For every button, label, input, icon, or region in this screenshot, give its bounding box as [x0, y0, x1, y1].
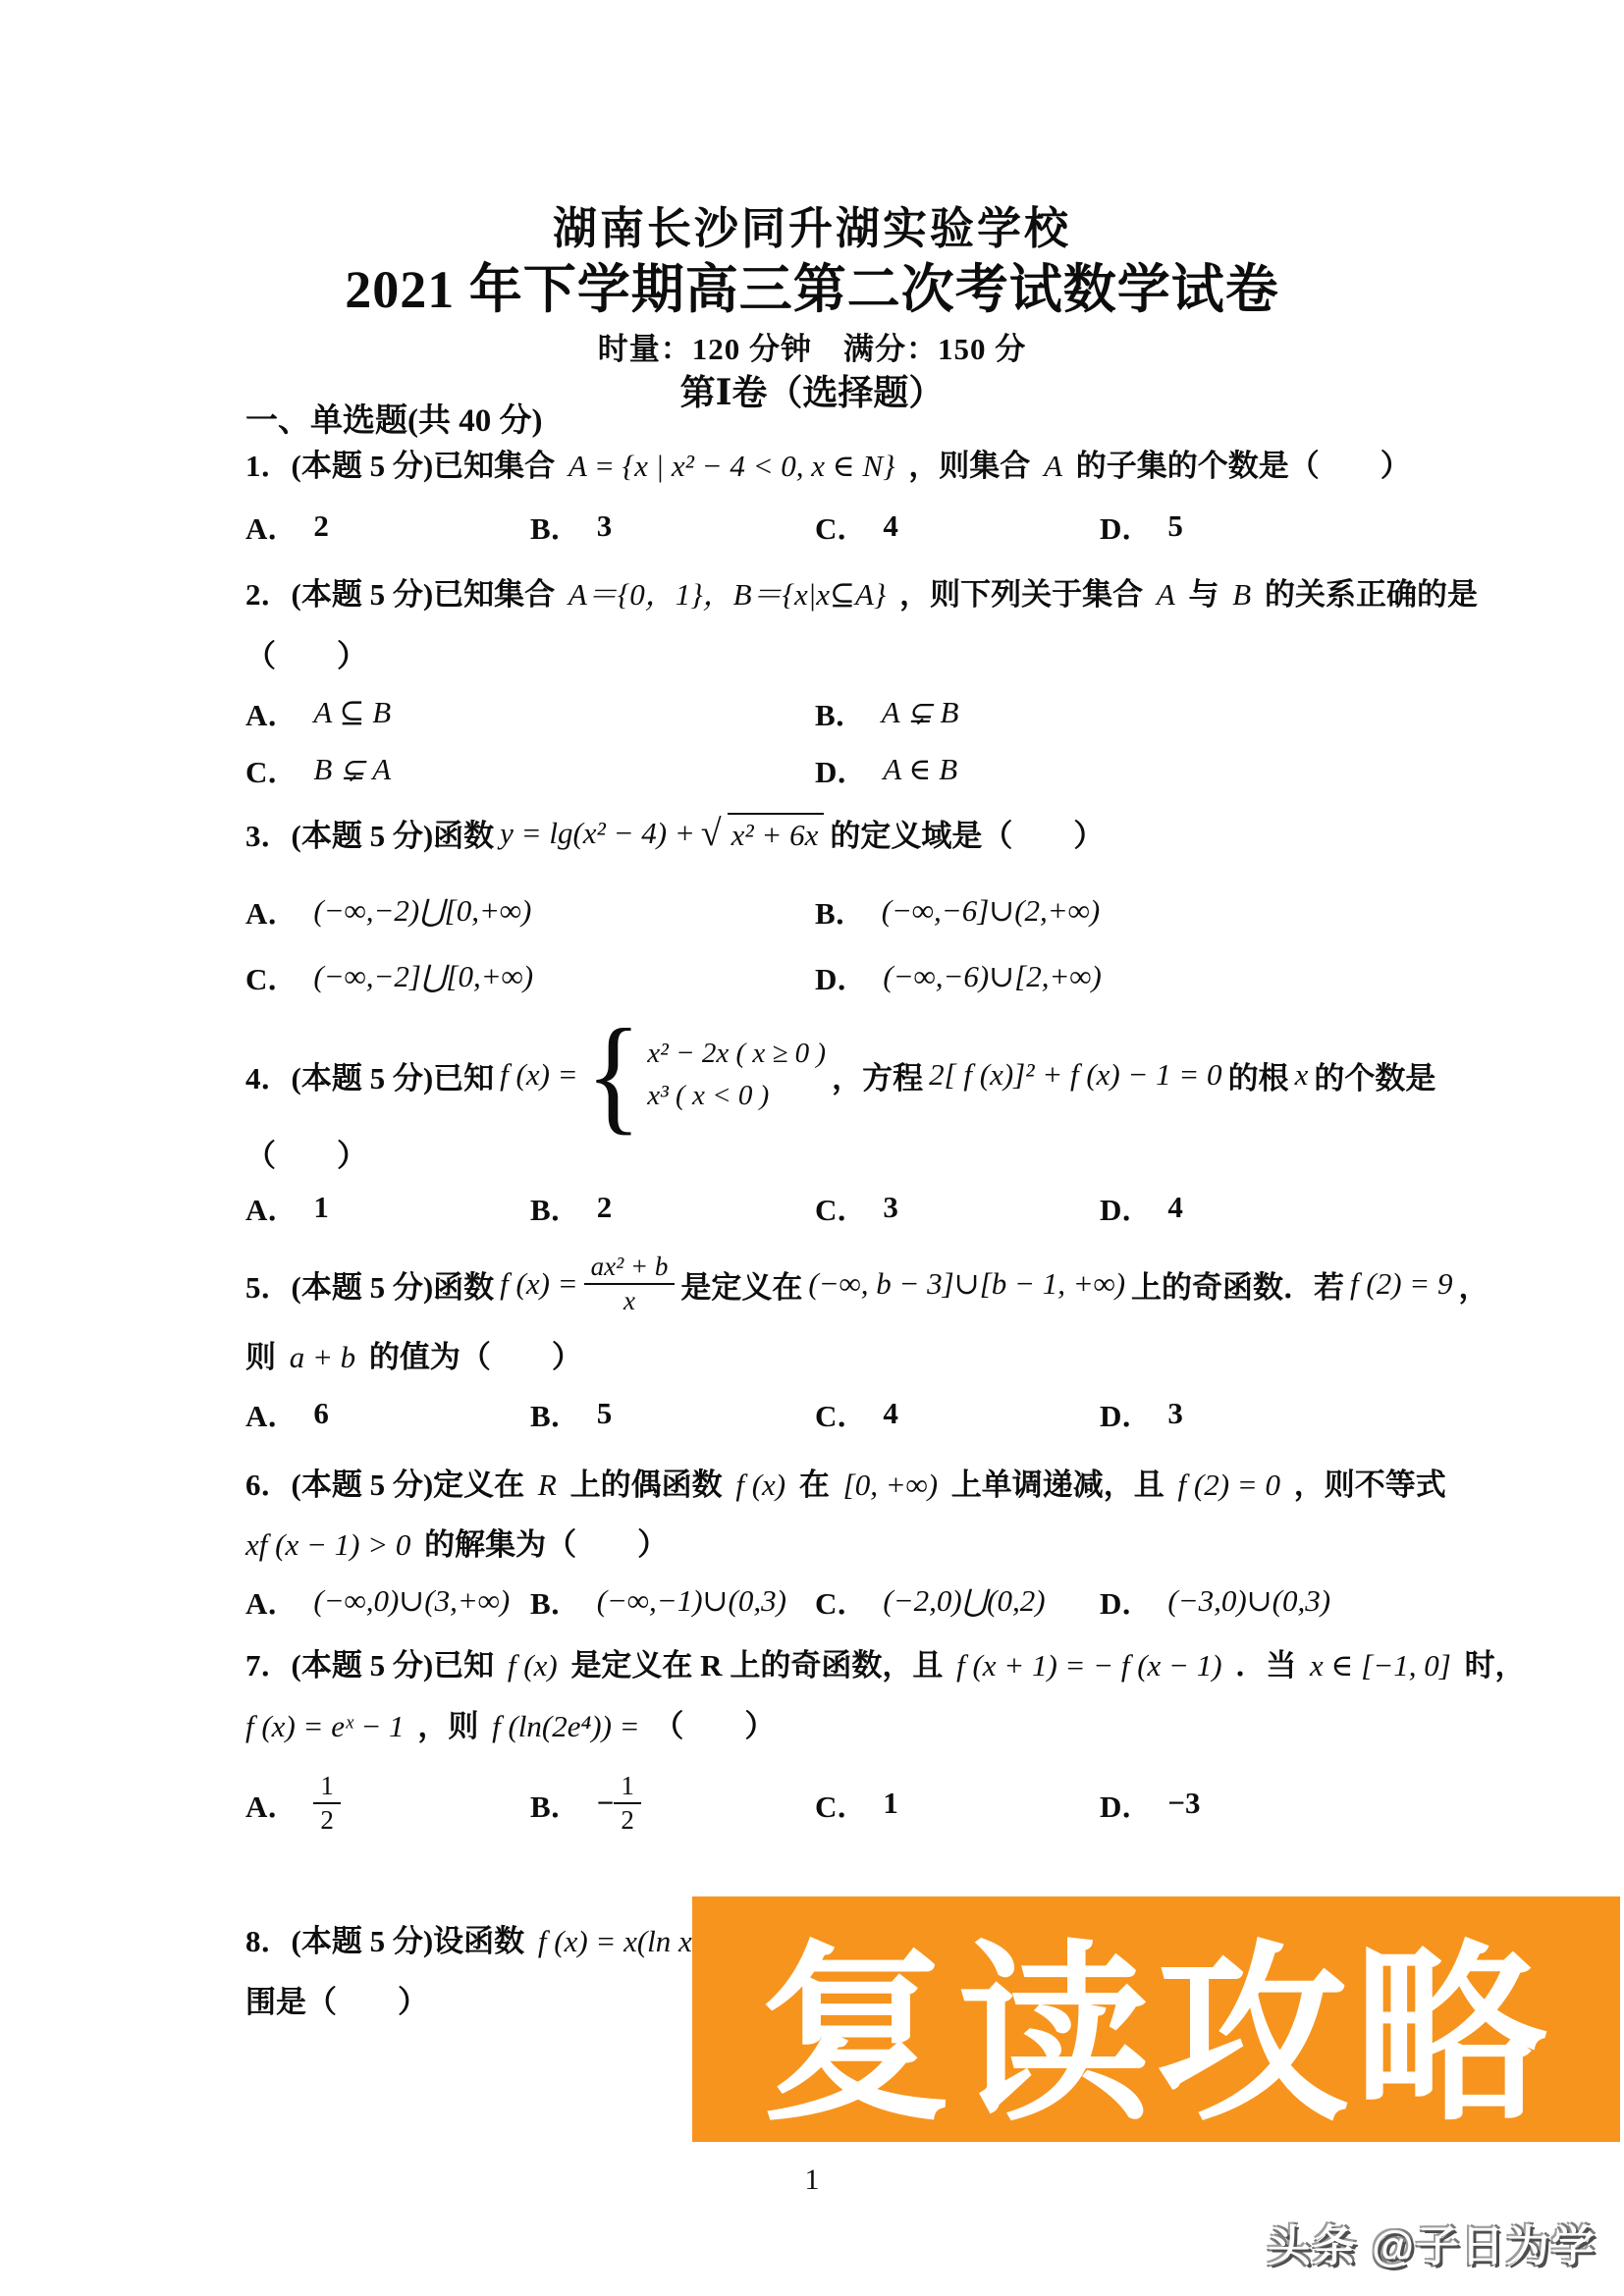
- q7-option-a: A． 12: [245, 1771, 530, 1836]
- q3-option-a-value: (−∞,−2)⋃[0,+∞): [313, 893, 531, 929]
- q7-option-c-label: C．: [815, 1782, 867, 1826]
- q6-text-4: 上单调递减，且: [951, 1468, 1164, 1502]
- q6-option-c: C．(−2,0)⋃(0,2): [815, 1578, 1100, 1623]
- q7-option-b-sign: −: [597, 1786, 615, 1821]
- question-2-options-row-1: A．A ⊆ B B．A ⊊ B: [245, 690, 1384, 734]
- q7-math-1: f (x): [508, 1648, 558, 1682]
- q4-option-c-label: C．: [815, 1185, 867, 1229]
- q7-option-c: C．1: [815, 1782, 1100, 1826]
- question-3-options-row-1: A．(−∞,−2)⋃[0,+∞) B．(−∞,−6]∪(2,+∞): [245, 888, 1384, 933]
- q5-text-1: 5．(本题 5 分)函数: [245, 1262, 494, 1307]
- q7-option-b-fraction: 12: [614, 1771, 641, 1836]
- q3-option-c-value: (−∞,−2]⋃[0,+∞): [313, 959, 533, 994]
- q3-text-1: 3．(本题 5 分)函数: [245, 811, 494, 855]
- question-4-options: A．1 B．2 C．3 D．4: [245, 1185, 1384, 1229]
- q5-l2-math-1: a + b: [290, 1340, 355, 1374]
- q5-fraction-numerator: ax² + b: [584, 1252, 676, 1285]
- question-3-options-row-2: C．(−∞,−2]⋃[0,+∞) D．(−∞,−6)∪[2,+∞): [245, 954, 1384, 998]
- question-8-stem: 8．(本题 5 分)设函数 f (x) = x(ln x −: [245, 1916, 726, 1960]
- q1-option-a-value: 2: [313, 508, 329, 544]
- q5-option-c-value: 4: [883, 1396, 898, 1431]
- q2-text-3: 与: [1189, 577, 1219, 612]
- question-2-paren: （ ）: [245, 631, 367, 675]
- q5-option-a: A．6: [245, 1391, 530, 1435]
- q7-option-a-fraction: 12: [313, 1771, 341, 1836]
- q6-math-1: R: [538, 1468, 557, 1502]
- q2-option-d: D．A ∈ B: [815, 747, 1384, 791]
- section-title: 第Ⅰ卷（选择题）: [0, 365, 1624, 415]
- q7-option-a-label: A．: [245, 1782, 298, 1826]
- q3-math-1: y = lg(x² − 4) +: [500, 816, 695, 851]
- radical-sign: √: [701, 815, 722, 852]
- q4-option-a-value: 1: [313, 1190, 329, 1225]
- q2-math-1: A＝{0，1}，B＝{x|x⊆A}: [568, 577, 886, 612]
- q5-option-b-label: B．: [530, 1391, 581, 1435]
- q2-option-d-value: A ∈ B: [883, 752, 957, 787]
- q7-l2-text-1: ，则: [417, 1709, 478, 1743]
- q5-l2-text-1: 则: [245, 1340, 276, 1374]
- q1-option-b-value: 3: [597, 508, 613, 544]
- q5-option-c-label: C．: [815, 1391, 867, 1435]
- q2-text-2: ，则下列关于集合: [899, 577, 1143, 612]
- q1-option-c-label: C．: [815, 504, 867, 548]
- q3-option-a: A．(−∞,−2)⋃[0,+∞): [245, 888, 815, 933]
- q5-option-d-label: D．: [1100, 1391, 1152, 1435]
- q1-text-3: 的子集的个数是（ ）: [1076, 449, 1411, 483]
- q5-math-2: (−∞, b − 3]∪[b − 1, +∞): [808, 1266, 1125, 1302]
- q4-option-c: C．3: [815, 1185, 1100, 1229]
- q5-text-4: ，: [1458, 1262, 1489, 1307]
- q4-text-4: 的个数是: [1314, 1053, 1435, 1097]
- question-1-stem: 1．(本题 5 分)已知集合 A = {x | x² − 4 < 0, x ∈ …: [245, 441, 1417, 485]
- question-7-line-2: f (x) = eˣ − 1 ，则 f (ln(2e⁴)) = （ ）: [245, 1701, 781, 1745]
- q5-fraction-denominator: x: [584, 1285, 676, 1316]
- q4-option-d-value: 4: [1167, 1190, 1183, 1225]
- q3-option-d: D．(−∞,−6)∪[2,+∞): [815, 954, 1384, 998]
- q2-option-b-value: A ⊊ B: [882, 695, 959, 730]
- q4-text-1: 4．(本题 5 分)已知: [245, 1053, 494, 1097]
- question-2-options-row-2: C．B ⊊ A D．A ∈ B: [245, 747, 1384, 791]
- question-8-line-2: 围是（ ）: [245, 1977, 428, 2021]
- q6-text-2: 上的偶函数: [570, 1468, 723, 1502]
- q7-math-3: x ∈ [−1, 0]: [1310, 1648, 1451, 1682]
- q2-option-a-value: A ⊆ B: [313, 695, 391, 730]
- question-7-options: A． 12 B． − 12 C．1 D．−3: [245, 1764, 1384, 1842]
- q5-math-3: f (2) = 9: [1350, 1266, 1452, 1302]
- q6-text-5: ，则不等式: [1294, 1468, 1446, 1502]
- q6-option-a: A．(−∞,0)∪(3,+∞): [245, 1578, 530, 1623]
- q2-option-a: A．A ⊆ B: [245, 690, 815, 734]
- q6-option-a-value: (−∞,0)∪(3,+∞): [313, 1583, 510, 1619]
- q6-option-d: D．(−3,0)∪(0,3): [1100, 1578, 1384, 1623]
- q1-text-2: ，则集合: [908, 449, 1030, 483]
- q1-text-1: 1．(本题 5 分)已知集合: [245, 449, 555, 483]
- q2-option-a-label: A．: [245, 690, 298, 734]
- question-3-stem: 3．(本题 5 分)函数 y = lg(x² − 4) + √ x² + 6x …: [245, 811, 1110, 855]
- question-6-stem: 6．(本题 5 分)定义在 R 上的偶函数 f (x) 在 [0, +∞) 上单…: [245, 1460, 1452, 1504]
- q3-option-b-value: (−∞,−6]∪(2,+∞): [882, 893, 1100, 929]
- cases-brace: {: [586, 1010, 642, 1140]
- exam-title: 2021 年下学期高三第二次考试数学试卷: [0, 247, 1624, 323]
- q5-option-c: C．4: [815, 1391, 1100, 1435]
- q2-text-1: 2．(本题 5 分)已知集合: [245, 577, 555, 612]
- q4-option-b: B．2: [530, 1185, 815, 1229]
- q2-option-c: C．B ⊊ A: [245, 747, 815, 791]
- question-6-options: A．(−∞,0)∪(3,+∞) B．(−∞,−1)∪(0,3) C．(−2,0)…: [245, 1578, 1384, 1623]
- question-5-line-2: 则 a + b 的值为（ ）: [245, 1332, 588, 1376]
- q3-option-c-label: C．: [245, 954, 298, 998]
- q6-text-3: 在: [799, 1468, 830, 1502]
- q6-option-d-value: (−3,0)∪(0,3): [1167, 1583, 1330, 1619]
- q3-option-d-label: D．: [815, 954, 867, 998]
- question-6-line-2: xf (x − 1) > 0 的解集为（ ）: [245, 1520, 674, 1564]
- q4-option-d-label: D．: [1100, 1185, 1152, 1229]
- q5-option-d-value: 3: [1167, 1396, 1183, 1431]
- q6-math-4: f (2) = 0: [1178, 1468, 1280, 1502]
- q5-option-d: D．3: [1100, 1391, 1384, 1435]
- q3-text-2: 的定义域是（ ）: [830, 811, 1104, 855]
- q7-option-d-label: D．: [1100, 1782, 1152, 1826]
- q2-option-b-label: B．: [815, 690, 866, 734]
- q4-option-a-label: A．: [245, 1185, 298, 1229]
- page-number: 1: [0, 2163, 1624, 2197]
- q3-option-c: C．(−∞,−2]⋃[0,+∞): [245, 954, 815, 998]
- q7-option-a-denominator: 2: [313, 1804, 341, 1836]
- q7-l2-text-2: （ ）: [653, 1709, 775, 1743]
- q1-option-a: A．2: [245, 504, 530, 548]
- q7-option-b-label: B．: [530, 1782, 581, 1826]
- q4-option-d: D．4: [1100, 1185, 1384, 1229]
- q6-l2-math: xf (x − 1) > 0: [245, 1527, 410, 1562]
- q6-option-b-value: (−∞,−1)∪(0,3): [597, 1583, 786, 1619]
- question-1-options: A．2 B．3 C．4 D．5: [245, 504, 1384, 548]
- q2-text-4: 的关系正确的是: [1265, 577, 1478, 612]
- q6-option-b-label: B．: [530, 1578, 581, 1623]
- q7-option-a-numerator: 1: [313, 1771, 341, 1804]
- q2-option-c-value: B ⊊ A: [313, 752, 391, 787]
- q6-option-d-label: D．: [1100, 1578, 1152, 1623]
- q6-math-3: [0, +∞): [843, 1468, 938, 1502]
- q7-text-4: 时，: [1465, 1648, 1526, 1682]
- q5-option-a-label: A．: [245, 1391, 298, 1435]
- q2-math-2: A: [1157, 577, 1175, 612]
- q3-radicand: x² + 6x: [728, 813, 825, 853]
- question-7-stem: 7．(本题 5 分)已知 f (x) 是定义在 R 上的奇函数，且 f (x +…: [245, 1640, 1532, 1684]
- q7-option-c-value: 1: [883, 1786, 898, 1821]
- exam-paper-page: 湖南长沙同升湖实验学校 2021 年下学期高三第二次考试数学试卷 时量：120 …: [0, 0, 1624, 2296]
- q7-l2-math-2: f (ln(2e⁴)) =: [492, 1709, 639, 1743]
- q1-option-d-value: 5: [1167, 508, 1183, 544]
- q7-text-1: 7．(本题 5 分)已知: [245, 1648, 494, 1682]
- q4-option-b-label: B．: [530, 1185, 581, 1229]
- q6-option-a-label: A．: [245, 1578, 298, 1623]
- q7-l2-math-1: f (x) = eˣ − 1: [245, 1709, 405, 1743]
- q2-option-c-label: C．: [245, 747, 298, 791]
- q7-math-2: f (x + 1) = − f (x − 1): [956, 1648, 1221, 1682]
- q6-option-b: B．(−∞,−1)∪(0,3): [530, 1578, 815, 1623]
- q4-option-a: A．1: [245, 1185, 530, 1229]
- promo-banner: 复读攻略: [692, 1896, 1620, 2142]
- q1-option-b: B．3: [530, 504, 815, 548]
- q1-option-c-value: 4: [883, 508, 898, 544]
- q3-option-b: B．(−∞,−6]∪(2,+∞): [815, 888, 1384, 933]
- q5-option-b: B．5: [530, 1391, 815, 1435]
- question-5-options: A．6 B．5 C．4 D．3: [245, 1391, 1384, 1435]
- q6-math-2: f (x): [735, 1468, 785, 1502]
- q6-option-c-value: (−2,0)⋃(0,2): [883, 1583, 1045, 1619]
- q7-text-3: ．当: [1235, 1648, 1296, 1682]
- q1-math-2: A: [1044, 449, 1062, 483]
- question-4-stem: 4．(本题 5 分)已知 f (x) = { x² − 2x ( x ≥ 0 )…: [245, 1011, 1441, 1139]
- q5-text-2: 是定义在: [680, 1262, 802, 1307]
- q1-option-c: C．4: [815, 504, 1100, 548]
- exam-meta: 时量：120 分钟 满分：150 分: [0, 324, 1624, 368]
- q6-l2-text: 的解集为（ ）: [424, 1527, 668, 1562]
- q5-l2-text-2: 的值为（ ）: [369, 1340, 582, 1374]
- q7-option-d: D．−3: [1100, 1782, 1384, 1826]
- q7-option-b-denominator: 2: [614, 1804, 641, 1836]
- q4-text-3: 的根: [1228, 1053, 1289, 1097]
- q5-fraction: ax² + b x: [584, 1252, 676, 1316]
- q6-option-c-label: C．: [815, 1578, 867, 1623]
- q5-option-a-value: 6: [313, 1396, 329, 1431]
- q7-option-b-numerator: 1: [614, 1771, 641, 1804]
- q8-text-1: 8．(本题 5 分)设函数: [245, 1924, 524, 1958]
- q3-option-d-value: (−∞,−6)∪[2,+∞): [883, 959, 1101, 994]
- q3-option-b-label: B．: [815, 888, 866, 933]
- q7-option-b: B． − 12: [530, 1771, 815, 1836]
- question-2-stem: 2．(本题 5 分)已知集合 A＝{0，1}，B＝{x|x⊆A} ，则下列关于集…: [245, 569, 1484, 614]
- q4-math-2: 2[ f (x)]² + f (x) − 1 = 0: [929, 1057, 1221, 1093]
- q4-text-2: ，方程: [832, 1053, 923, 1097]
- q6-text-1: 6．(本题 5 分)定义在: [245, 1468, 524, 1502]
- q2-math-3: B: [1232, 577, 1251, 612]
- part-heading: 一、单选题(共 40 分): [245, 395, 542, 441]
- q7-text-2: 是定义在 R 上的奇函数，且: [570, 1648, 943, 1682]
- q7-option-d-value: −3: [1167, 1786, 1200, 1821]
- question-4-paren: （ ）: [245, 1131, 367, 1175]
- question-5-stem: 5．(本题 5 分)函数 f (x) = ax² + b x 是定义在 (−∞,…: [245, 1239, 1494, 1329]
- q1-math-1: A = {x | x² − 4 < 0, x ∈ N}: [568, 449, 895, 483]
- q4-option-b-value: 2: [597, 1190, 613, 1225]
- q4-math-1: f (x) =: [500, 1057, 577, 1093]
- q1-option-a-label: A．: [245, 504, 298, 548]
- q3-option-a-label: A．: [245, 888, 298, 933]
- q2-option-b: B．A ⊊ B: [815, 690, 1384, 734]
- q2-option-d-label: D．: [815, 747, 867, 791]
- promo-banner-text: 复读攻略: [759, 1881, 1552, 2158]
- q5-option-b-value: 5: [597, 1396, 613, 1431]
- q5-text-3: 上的奇函数．若: [1131, 1262, 1344, 1307]
- q1-option-d-label: D．: [1100, 504, 1152, 548]
- q1-option-d: D．5: [1100, 504, 1384, 548]
- q4-option-c-value: 3: [883, 1190, 898, 1225]
- q4-case-2: x³ ( x < 0 ): [647, 1080, 826, 1112]
- q4-piecewise-cases: x² − 2x ( x ≥ 0 ) x³ ( x < 0 ): [647, 1038, 826, 1112]
- watermark-credit: 头条 @子日为学: [1268, 2211, 1597, 2273]
- q5-math-1: f (x) =: [500, 1266, 577, 1302]
- q4-math-3: x: [1295, 1057, 1309, 1093]
- q4-case-1: x² − 2x ( x ≥ 0 ): [647, 1038, 826, 1070]
- q1-option-b-label: B．: [530, 504, 581, 548]
